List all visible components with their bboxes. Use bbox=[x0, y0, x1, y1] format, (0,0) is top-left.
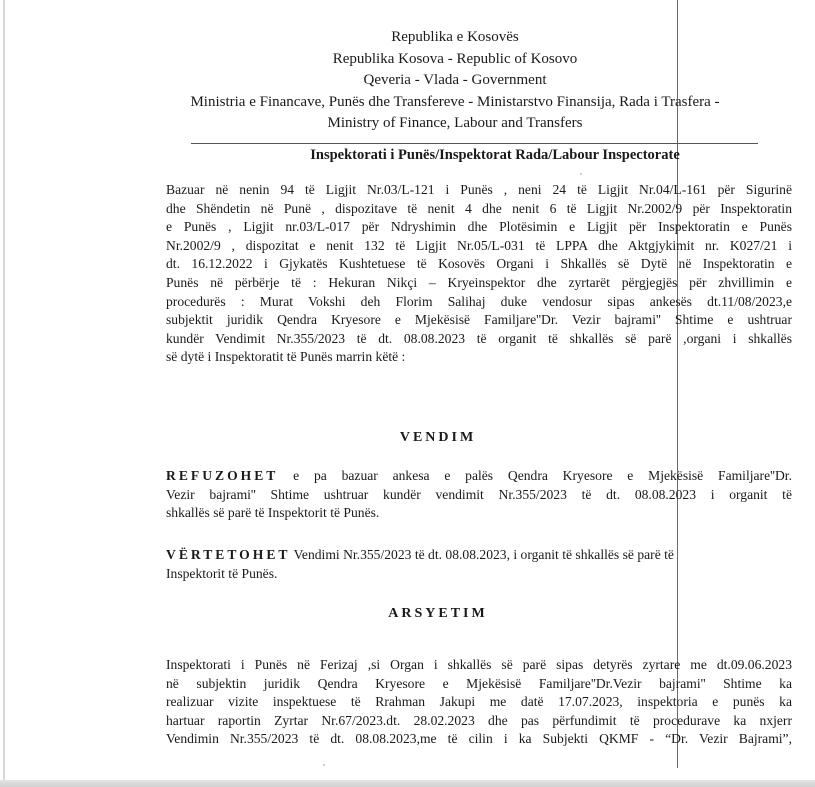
page-bottom-shadow bbox=[0, 780, 815, 787]
letterhead-line: Ministria e Financave, Punës dhe Transfe… bbox=[155, 92, 755, 114]
document-page: · · · ·· ·· ··· · · ··· ·· · · · Republi… bbox=[3, 0, 815, 780]
letterhead-line: Republika Kosova - Republic of Kosovo bbox=[155, 49, 755, 71]
rejected-keyword: REFUZOHET bbox=[166, 468, 278, 483]
paragraph-line: në subjektin juridik Qendra Kryesore e M… bbox=[166, 675, 792, 694]
faint-bleed-through-text: · · · ·· ·· ··· · · ··· ·· · · · bbox=[170, 3, 390, 9]
paragraph-line: Inspektorit të Punës. bbox=[166, 565, 792, 584]
scan-speck bbox=[323, 764, 325, 766]
confirmed-keyword: VËRTETOHET bbox=[166, 547, 290, 562]
paragraph-line: dt. 16.12.2022 i Gjykatës Kushtetuese të… bbox=[166, 255, 792, 274]
scan-speck bbox=[580, 173, 582, 175]
paragraph-line: Vezir bajrami'' Shtime ushtruar kundër v… bbox=[166, 486, 792, 505]
reasoning-paragraph: Inspektorati i Punës në Ferizaj ,si Orga… bbox=[166, 656, 792, 749]
paragraph-line: e Punës , Ligjit nr.03/L-017 për Ndryshi… bbox=[166, 218, 792, 237]
paragraph-text: e pa bazuar ankesa e palës Qendra Kryeso… bbox=[278, 468, 792, 483]
confirmation-paragraph: VËRTETOHET Vendimi Nr.355/2023 të dt. 08… bbox=[166, 546, 792, 583]
paragraph-line: realizuar vizite inspektuese të Rrahman … bbox=[166, 693, 792, 712]
paragraph-line: dhe Shëndetin në Punë , dispozitave të n… bbox=[166, 200, 792, 219]
header-divider bbox=[191, 143, 758, 144]
document-letterhead: Republika e Kosovës Republika Kosova - R… bbox=[155, 27, 755, 135]
inspectorate-title: Inspektorati i Punës/Inspektorat Rada/La… bbox=[155, 145, 755, 165]
paragraph-line: subjektit juridik Qendra Kryesore e Mjek… bbox=[166, 311, 792, 330]
paragraph-line: kundër Vendimit Nr.355/2023 të dt. 08.08… bbox=[166, 330, 792, 349]
paragraph-line: Vendimin Nr.355/2023 të dt. 08.08.2023,m… bbox=[166, 730, 792, 749]
paragraph-line: procedurës : Murat Vokshi deh Florim Sal… bbox=[166, 293, 792, 312]
paragraph-line: Punës në përbërje të : Hekuran Nikçi – K… bbox=[166, 274, 792, 293]
paragraph-line: REFUZOHET e pa bazuar ankesa e palës Qen… bbox=[166, 467, 792, 486]
paragraph-line: Bazuar në nenin 94 të Ligjit Nr.03/L-121… bbox=[166, 181, 792, 200]
paragraph-line: hartuar raportin Zyrtar Nr.67/2023.dt. 2… bbox=[166, 712, 792, 731]
letterhead-line: Republika e Kosovës bbox=[155, 27, 755, 49]
paragraph-text: Vendimi Nr.355/2023 të dt. 08.08.2023, i… bbox=[290, 547, 673, 562]
paragraph-line: Inspektorati i Punës në Ferizaj ,si Orga… bbox=[166, 656, 792, 675]
paragraph-line: së dytë i Inspektoratit të Punës marrin … bbox=[166, 348, 792, 367]
letterhead-line: Qeveria - Vlada - Government bbox=[155, 70, 755, 92]
letterhead-line: Ministry of Finance, Labour and Transfer… bbox=[155, 113, 755, 135]
paragraph-line: VËRTETOHET Vendimi Nr.355/2023 të dt. 08… bbox=[166, 546, 792, 565]
paragraph-line: Nr.2002/9 , dispozitat e nenit 132 të Li… bbox=[166, 237, 792, 256]
intro-paragraph: Bazuar në nenin 94 të Ligjit Nr.03/L-121… bbox=[166, 181, 792, 367]
rejection-paragraph: REFUZOHET e pa bazuar ankesa e palës Qen… bbox=[166, 467, 792, 523]
decision-heading: VENDIM bbox=[173, 430, 703, 446]
reasoning-heading: ARSYETIM bbox=[173, 606, 703, 622]
paragraph-line: shkallës së parë të Inspektorit të Punës… bbox=[166, 504, 792, 523]
